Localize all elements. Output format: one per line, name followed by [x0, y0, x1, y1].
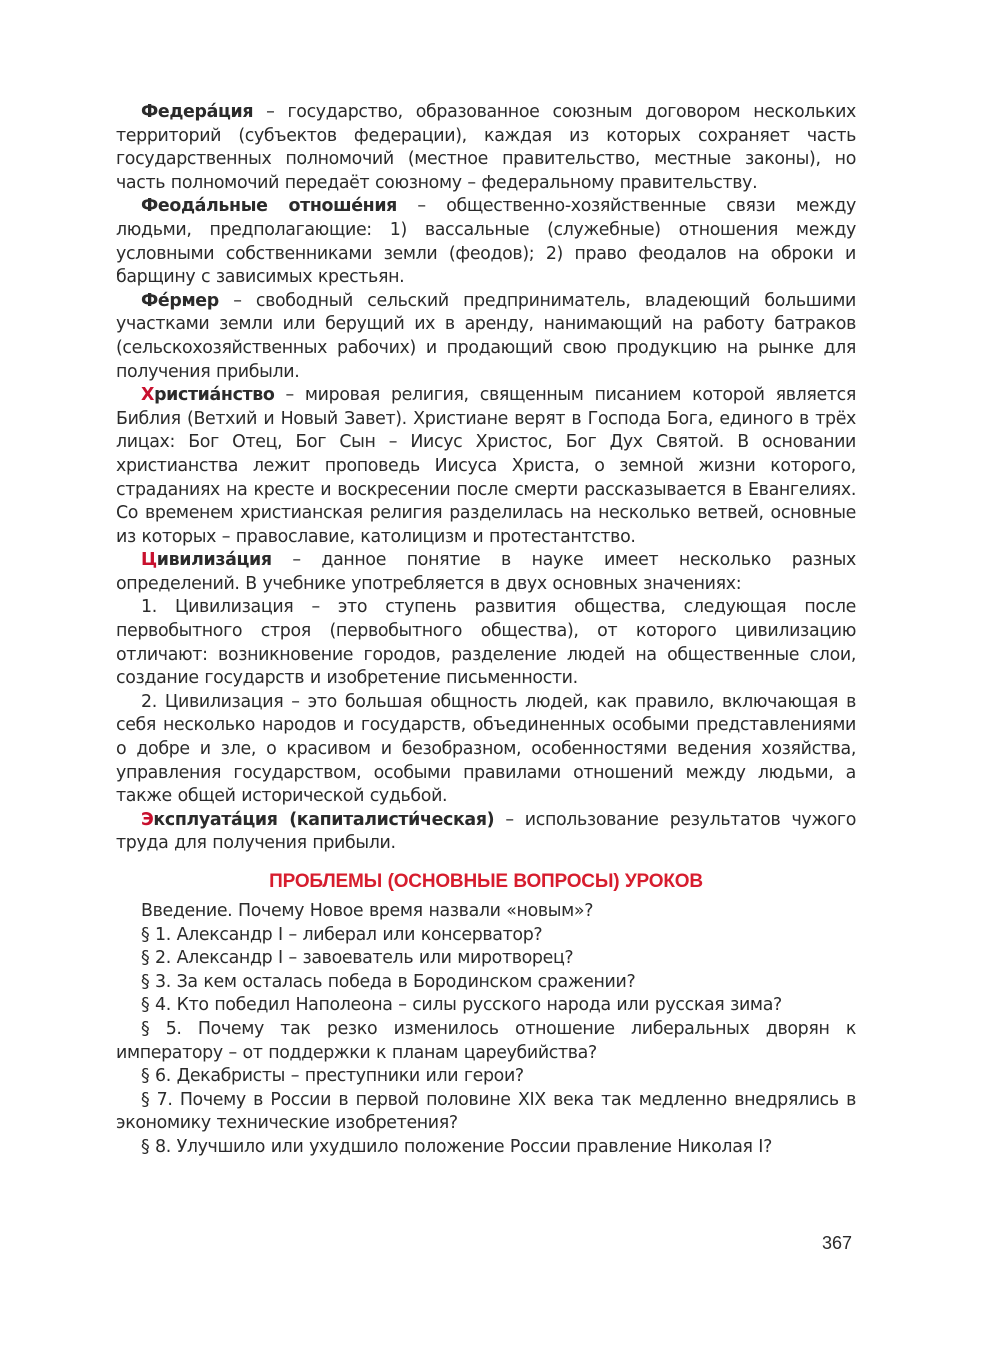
question-item: § 1. Александр I – либерал или консерват… [116, 924, 856, 948]
glossary-entry-civilization: Цивилиза́ция – данное понятие в науке им… [116, 549, 856, 596]
glossary-entry-feudal-relations: Феода́льные отноше́ния – общественно-хоз… [116, 195, 856, 289]
page-content: Федера́ция – государство, образованное с… [116, 101, 856, 1160]
question-item: § 5. Почему так резко изменилось отношен… [116, 1018, 856, 1065]
section-heading: ПРОБЛЕМЫ (ОСНОВНЫЕ ВОПРОСЫ) УРОКОВ [116, 870, 856, 894]
civilization-meaning-2: 2. Цивилизация – это большая общность лю… [116, 691, 856, 809]
glossary-term: Феода́льные отноше́ния [141, 196, 397, 216]
glossary-definition: – свободный сельский предприниматель, вл… [116, 291, 856, 382]
glossary-term: Федера́ция [141, 102, 253, 122]
glossary-entry-farmer: Фе́рмер – свободный сельский предпринима… [116, 290, 856, 384]
question-item: Введение. Почему Новое время назвали «но… [116, 900, 856, 924]
question-item: § 8. Улучшило или ухудшило положение Рос… [116, 1136, 856, 1160]
questions-list: Введение. Почему Новое время назвали «но… [116, 900, 856, 1160]
entry-cap: Ц [141, 550, 157, 570]
glossary-term: ивилиза́ция [157, 550, 272, 570]
glossary-term: Фе́рмер [141, 291, 219, 311]
question-item: § 6. Декабристы – преступники или герои? [116, 1065, 856, 1089]
question-item: § 3. За кем осталась победа в Бородинско… [116, 971, 856, 995]
glossary-entry-exploitation: Эксплуата́ция (капиталисти́ческая) – исп… [116, 809, 856, 856]
question-item: § 7. Почему в России в первой половине X… [116, 1089, 856, 1136]
page-number: 367 [822, 1233, 852, 1254]
entry-cap: Э [141, 810, 153, 830]
civilization-meaning-1: 1. Цивилизация – это ступень развития об… [116, 596, 856, 690]
glossary-entry-federation: Федера́ция – государство, образованное с… [116, 101, 856, 195]
glossary-entry-christianity: Христиа́нство – мировая религия, священн… [116, 384, 856, 549]
glossary-definition: – мировая религия, священным писанием ко… [116, 385, 856, 547]
glossary-term: ксплуата́ция (капиталисти́ческая) [153, 810, 494, 830]
question-item: § 2. Александр I – завоеватель или мирот… [116, 947, 856, 971]
entry-cap: Х [141, 385, 154, 405]
glossary-term: ристиа́нство [154, 385, 274, 405]
question-item: § 4. Кто победил Наполеона – силы русско… [116, 994, 856, 1018]
